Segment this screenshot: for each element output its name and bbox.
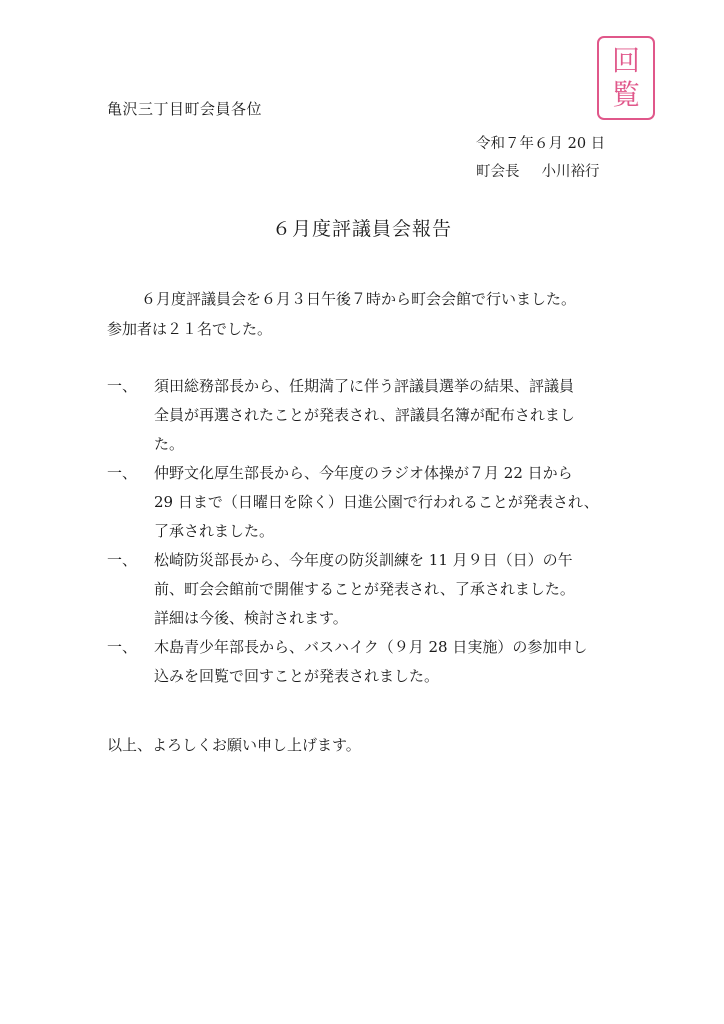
item-line: 詳細は今後、検討されます。 bbox=[154, 604, 667, 633]
item-line: 須田総務部長から、任期満了に伴う評議員選挙の結果、評議員 bbox=[154, 372, 667, 401]
item-body: 松崎防災部長から、今年度の防災訓練を 11 月９日（日）の午 前、町会会館前で開… bbox=[154, 546, 667, 633]
intro-line: ６月度評議員会を６月３日午後７時から町会会館で行いました。 bbox=[107, 284, 667, 314]
item-mark: 一、 bbox=[107, 372, 154, 459]
document-date: 令和７年６月 20 日 bbox=[476, 132, 605, 153]
item-body: 木島青少年部長から、バスハイク（９月 28 日実施）の参加申し 込みを回覧で回す… bbox=[154, 633, 667, 691]
intro-line: 参加者は２１名でした。 bbox=[107, 314, 667, 344]
stamp-char: 覧 bbox=[612, 78, 640, 112]
item-mark: 一、 bbox=[107, 633, 154, 691]
sender-title: 町会長 bbox=[476, 164, 520, 180]
item-body: 仲野文化厚生部長から、今年度のラジオ体操が７月 22 日から 29 日まで（日曜… bbox=[154, 459, 667, 546]
item-line: 込みを回覧で回すことが発表されました。 bbox=[154, 662, 667, 691]
item-line: 松崎防災部長から、今年度の防災訓練を 11 月９日（日）の午 bbox=[154, 546, 667, 575]
report-item: 一、 須田総務部長から、任期満了に伴う評議員選挙の結果、評議員 全員が再選された… bbox=[107, 372, 667, 459]
document-title: ６月度評議員会報告 bbox=[0, 214, 724, 241]
item-line: 木島青少年部長から、バスハイク（９月 28 日実施）の参加申し bbox=[154, 633, 667, 662]
report-items: 一、 須田総務部長から、任期満了に伴う評議員選挙の結果、評議員 全員が再選された… bbox=[107, 372, 667, 691]
closing-line: 以上、よろしくお願い申し上げます。 bbox=[107, 734, 361, 755]
report-item: 一、 松崎防災部長から、今年度の防災訓練を 11 月９日（日）の午 前、町会会館… bbox=[107, 546, 667, 633]
circulation-stamp: 回 覧 bbox=[597, 36, 655, 120]
item-line: 仲野文化厚生部長から、今年度のラジオ体操が７月 22 日から bbox=[154, 459, 667, 488]
item-line: 前、町会会館前で開催することが発表され、了承されました。 bbox=[154, 575, 667, 604]
sender-name: 小川裕行 bbox=[542, 164, 600, 180]
item-line: 全員が再選されたことが発表され、評議員名簿が配布されまし bbox=[154, 401, 667, 430]
document-page: 回 覧 亀沢三丁目町会員各位 令和７年６月 20 日 町会長小川裕行 ６月度評議… bbox=[0, 0, 724, 1024]
item-line: た。 bbox=[154, 430, 667, 459]
item-body: 須田総務部長から、任期満了に伴う評議員選挙の結果、評議員 全員が再選されたことが… bbox=[154, 372, 667, 459]
item-line: 了承されました。 bbox=[154, 517, 667, 546]
intro-paragraph: ６月度評議員会を６月３日午後７時から町会会館で行いました。 参加者は２１名でした… bbox=[107, 284, 667, 344]
item-mark: 一、 bbox=[107, 546, 154, 633]
report-item: 一、 仲野文化厚生部長から、今年度のラジオ体操が７月 22 日から 29 日まで… bbox=[107, 459, 667, 546]
stamp-char: 回 bbox=[612, 44, 640, 78]
sender: 町会長小川裕行 bbox=[476, 160, 600, 181]
addressee: 亀沢三丁目町会員各位 bbox=[107, 98, 262, 119]
report-item: 一、 木島青少年部長から、バスハイク（９月 28 日実施）の参加申し 込みを回覧… bbox=[107, 633, 667, 691]
item-line: 29 日まで（日曜日を除く）日進公園で行われることが発表され、 bbox=[154, 488, 667, 517]
item-mark: 一、 bbox=[107, 459, 154, 546]
